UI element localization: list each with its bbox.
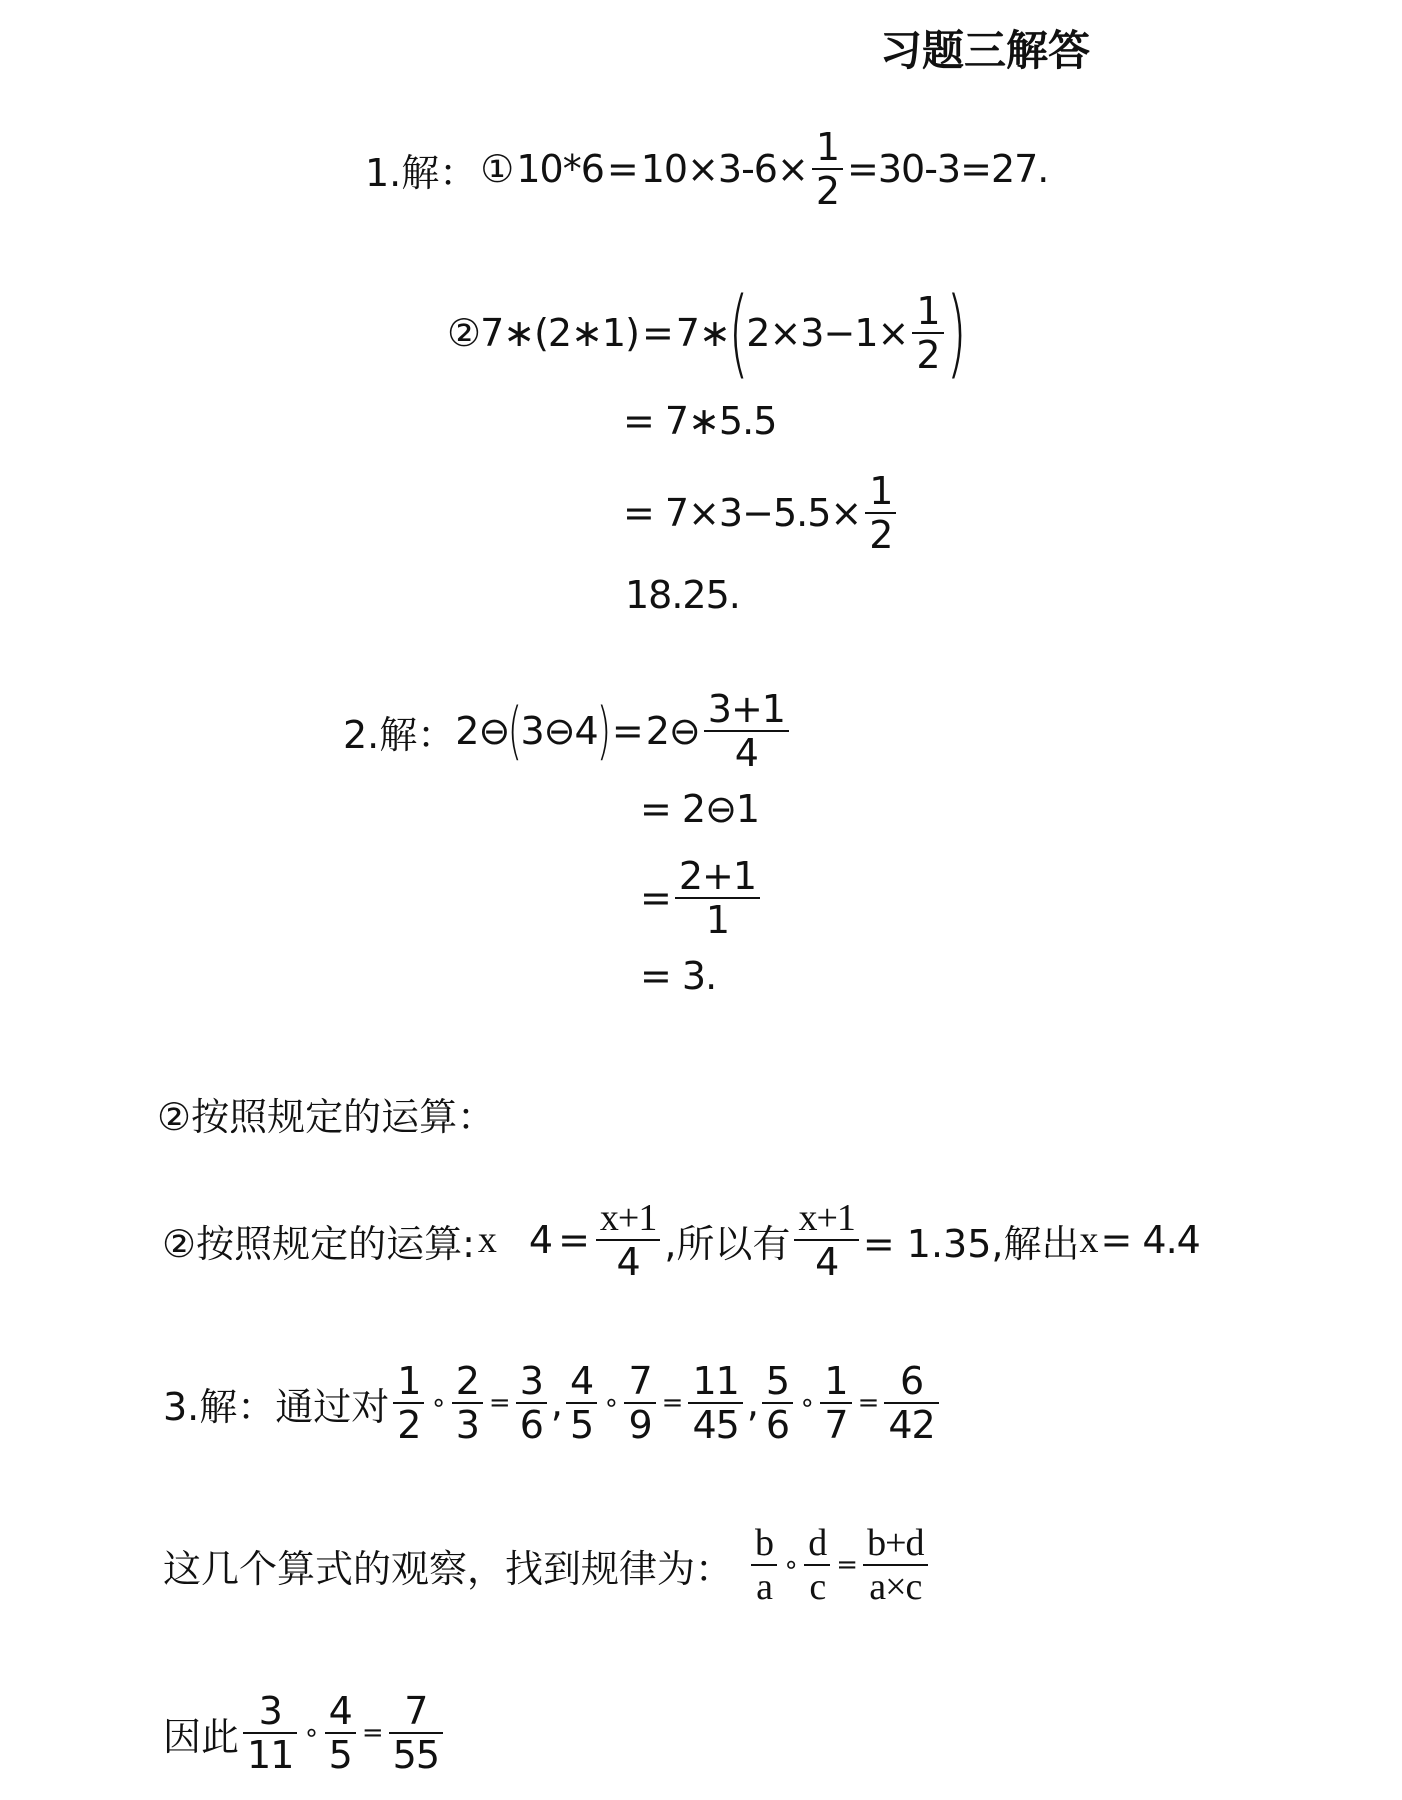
fraction: 311 <box>243 1690 297 1776</box>
fraction: ba <box>751 1522 777 1608</box>
fraction: 1 2 <box>912 290 943 376</box>
problem1-part1: 1.解： ① 10*6 = 10×3-6× 1 2 =30-3=27. <box>365 126 1048 212</box>
right-paren: ) <box>596 700 610 762</box>
fraction: 2+1 1 <box>675 855 760 941</box>
problem2-result: = 3. <box>640 953 716 999</box>
problem1-step3: = 7×3−5.5× 1 2 <box>623 465 900 561</box>
fraction: x+1 4 <box>794 1197 858 1283</box>
expression: 10×3-6× <box>641 147 808 191</box>
problem1-part2: ② 7∗(2∗1) = 7∗ ( 2×3−1× 1 2 ) <box>447 285 964 381</box>
fraction: 1 2 <box>865 470 896 556</box>
fraction: 1 2 <box>812 126 843 212</box>
circled-two-marker: ② <box>447 311 480 355</box>
equals: = <box>642 311 673 355</box>
fraction: 36 <box>516 1360 547 1446</box>
circle-operator: ∘ <box>603 1388 618 1418</box>
problem1-result: 18.25. <box>625 572 740 618</box>
problem2-step2: = 2⊖1 <box>640 786 759 832</box>
equals: = <box>612 709 643 753</box>
problem2-line1: 2.解： 2⊖ ( 3⊖4 ) = 2⊖ 3+1 4 <box>343 683 793 779</box>
part2-heading: ②按照规定的运算： <box>157 1089 495 1137</box>
fraction: x+1 4 <box>596 1197 660 1283</box>
fraction: b+da×c <box>863 1522 927 1608</box>
fraction: 3+1 4 <box>704 688 789 774</box>
problem1-label: 1.解： <box>365 142 477 197</box>
lhs: 7∗(2∗1) <box>480 311 639 355</box>
problem2-step3: = 2+1 1 <box>640 850 764 946</box>
fraction: 79 <box>624 1360 655 1446</box>
result: =30-3=27. <box>847 147 1048 191</box>
right-paren: ) <box>946 285 966 381</box>
conclusion-line: 因此 311 ∘ 45 = 755 <box>163 1685 447 1781</box>
fraction: 45 <box>566 1360 597 1446</box>
fraction: 1145 <box>688 1360 742 1446</box>
fraction: 17 <box>820 1360 851 1446</box>
fraction: 45 <box>325 1690 356 1776</box>
equals: = <box>607 147 638 191</box>
left-paren: ( <box>728 285 748 381</box>
problem2-label: 2.解： <box>343 704 455 759</box>
problem3-label: 3.解：通过对 <box>163 1376 389 1431</box>
rule-line: 这几个算式的观察，找到规律为： ba ∘ dc = b+da×c <box>163 1517 932 1613</box>
circled-one-marker: ① <box>480 147 513 191</box>
fraction: 23 <box>452 1360 483 1446</box>
lhs: 10*6 <box>516 147 604 191</box>
circle-operator: ∘ <box>303 1718 318 1748</box>
part2-equation: ②按照规定的运算: x 4 = x+1 4 ,所以有 x+1 4 = 1.35,… <box>162 1192 1203 1288</box>
circle-operator: ∘ <box>783 1550 798 1580</box>
fraction: 56 <box>762 1360 793 1446</box>
fraction: 12 <box>393 1360 424 1446</box>
fraction: 642 <box>884 1360 938 1446</box>
problem1-step2: = 7∗5.5 <box>623 398 776 444</box>
page-title: 习题三解答 <box>880 18 1090 78</box>
left-paren: ( <box>508 700 522 762</box>
circle-operator: ∘ <box>799 1388 814 1418</box>
fraction: 755 <box>389 1690 443 1776</box>
inner-expression: 2×3−1× <box>746 311 908 355</box>
problem3-line: 3.解：通过对 12 ∘ 23 = 36 , 45 ∘ 79 = 1145 , … <box>163 1355 943 1451</box>
pre: 7∗ <box>676 311 730 355</box>
circle-operator: ∘ <box>430 1388 445 1418</box>
fraction: dc <box>804 1522 830 1608</box>
